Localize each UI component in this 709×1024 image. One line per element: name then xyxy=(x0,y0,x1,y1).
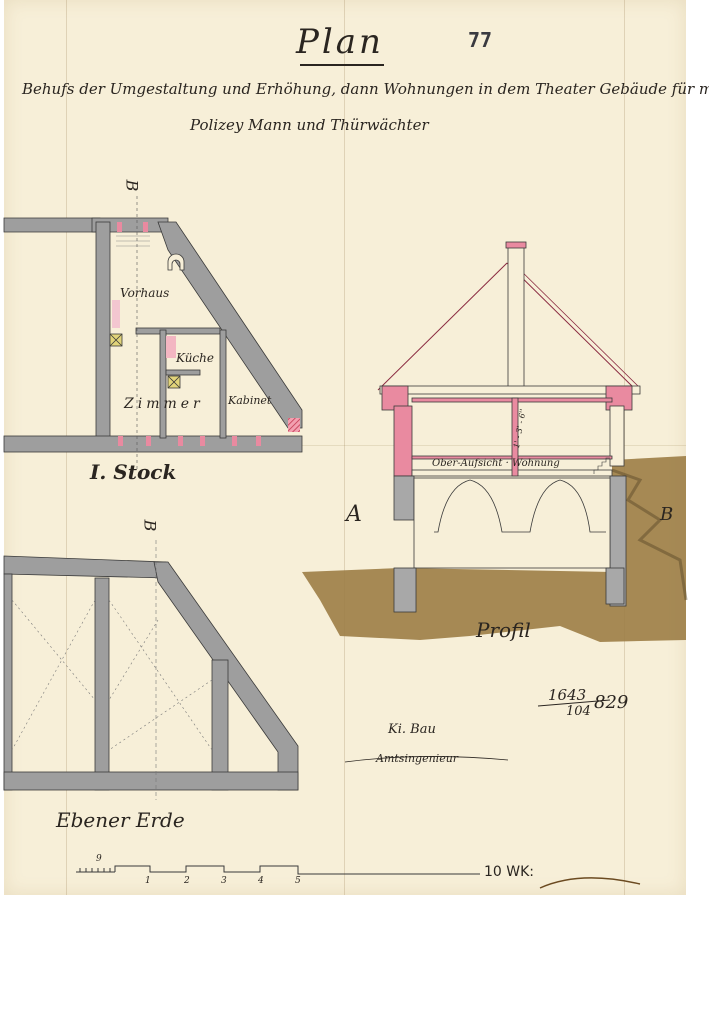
room-label-vorhaus: Vorhaus xyxy=(120,286,169,300)
profile-annotation: Ober-Aufsicht · Wohnung xyxy=(432,458,560,469)
floor-label-ground: Ebener Erde xyxy=(56,808,185,832)
ground-floor-plan xyxy=(4,540,298,800)
scale-unit-label: 10 WK: xyxy=(484,864,534,880)
scale-small-label: 9 xyxy=(96,854,102,864)
profile-label: Profil xyxy=(476,618,531,642)
floor-label-text: I. Stock xyxy=(90,460,176,484)
scale-tick-5: 5 xyxy=(295,876,301,886)
scale-tick-1: 1 xyxy=(145,876,151,886)
reference-year: 829 xyxy=(594,692,628,713)
room-label-zimmer: Zimmer xyxy=(124,396,204,412)
floor-label-first: I. Stock xyxy=(90,460,176,484)
section-marker-b: B xyxy=(660,504,673,525)
reference-number-bottom: 104 xyxy=(566,704,591,719)
signature-line1: Ki. Bau xyxy=(388,722,436,737)
profile-section xyxy=(302,242,686,642)
signature-line2: Amtsingenieur xyxy=(376,752,458,765)
section-marker-b-ground: B xyxy=(140,520,159,532)
scale-tick-2: 2 xyxy=(184,876,190,886)
section-marker-b-top: B xyxy=(122,180,141,192)
section-marker-a: A xyxy=(346,502,362,527)
first-floor-plan xyxy=(4,196,302,470)
room-label-kabinet: Kabinet xyxy=(228,394,271,407)
room-label-kueche: Küche xyxy=(176,351,214,365)
scale-tick-4: 4 xyxy=(258,876,264,886)
scale-bar xyxy=(76,866,480,874)
scale-tick-3: 3 xyxy=(221,876,227,886)
reference-number-top: 1643 xyxy=(548,686,586,704)
